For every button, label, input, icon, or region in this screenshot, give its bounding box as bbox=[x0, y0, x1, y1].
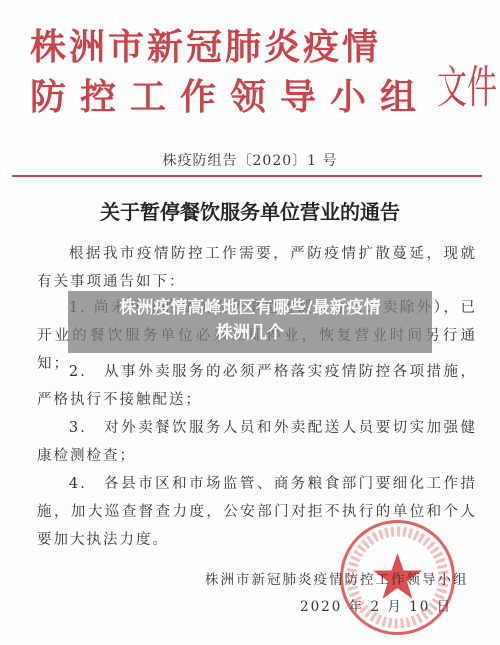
red-divider bbox=[12, 175, 482, 177]
header-title-line1: 株洲市新冠肺炎疫情 bbox=[30, 22, 430, 72]
issuer-header: 株洲市新冠肺炎疫情 防控工作领导小组 bbox=[30, 22, 430, 122]
caption-text: 株洲疫情高峰地区有哪些/最新疫情 株洲几个 bbox=[68, 291, 432, 346]
notice-title: 关于暂停餐饮服务单位营业的通告 bbox=[0, 196, 500, 225]
intro-paragraph: 根据我市疫情防控工作需要，严防疫情扩散蔓延，现就有关事项通告如下： bbox=[37, 240, 477, 296]
item-3-text: 3. 对外卖餐饮服务人员和外卖配送人员要切实加强健康检测检查； bbox=[37, 414, 477, 470]
caption-line2: 株洲几个 bbox=[68, 321, 432, 346]
caption-line1: 株洲疫情高峰地区有哪些/最新疫情 bbox=[68, 296, 432, 321]
signature-date: 2020 年 2 月 10 日 bbox=[300, 595, 452, 615]
signature-issuer: 株洲市新冠肺炎疫情防控工作领导小组 bbox=[205, 568, 469, 588]
document-page: 株洲市新冠肺炎疫情 防控工作领导小组 文件 株疫防组告〔2020〕1 号 关于暂… bbox=[0, 0, 500, 645]
intro-text: 根据我市疫情防控工作需要，严防疫情扩散蔓延，现就有关事项通告如下： bbox=[37, 240, 477, 296]
header-title-line2: 防控工作领导小组 bbox=[30, 72, 430, 122]
caption-overlay: 株洲疫情高峰地区有哪些/最新疫情 株洲几个 bbox=[68, 291, 432, 353]
header-suffix: 文件 bbox=[437, 50, 497, 116]
item-2-text: 2. 从事外卖服务的必须严格落实疫情防控各项措施，严格执行不接触配送； bbox=[37, 358, 477, 414]
document-number: 株疫防组告〔2020〕1 号 bbox=[0, 150, 500, 170]
